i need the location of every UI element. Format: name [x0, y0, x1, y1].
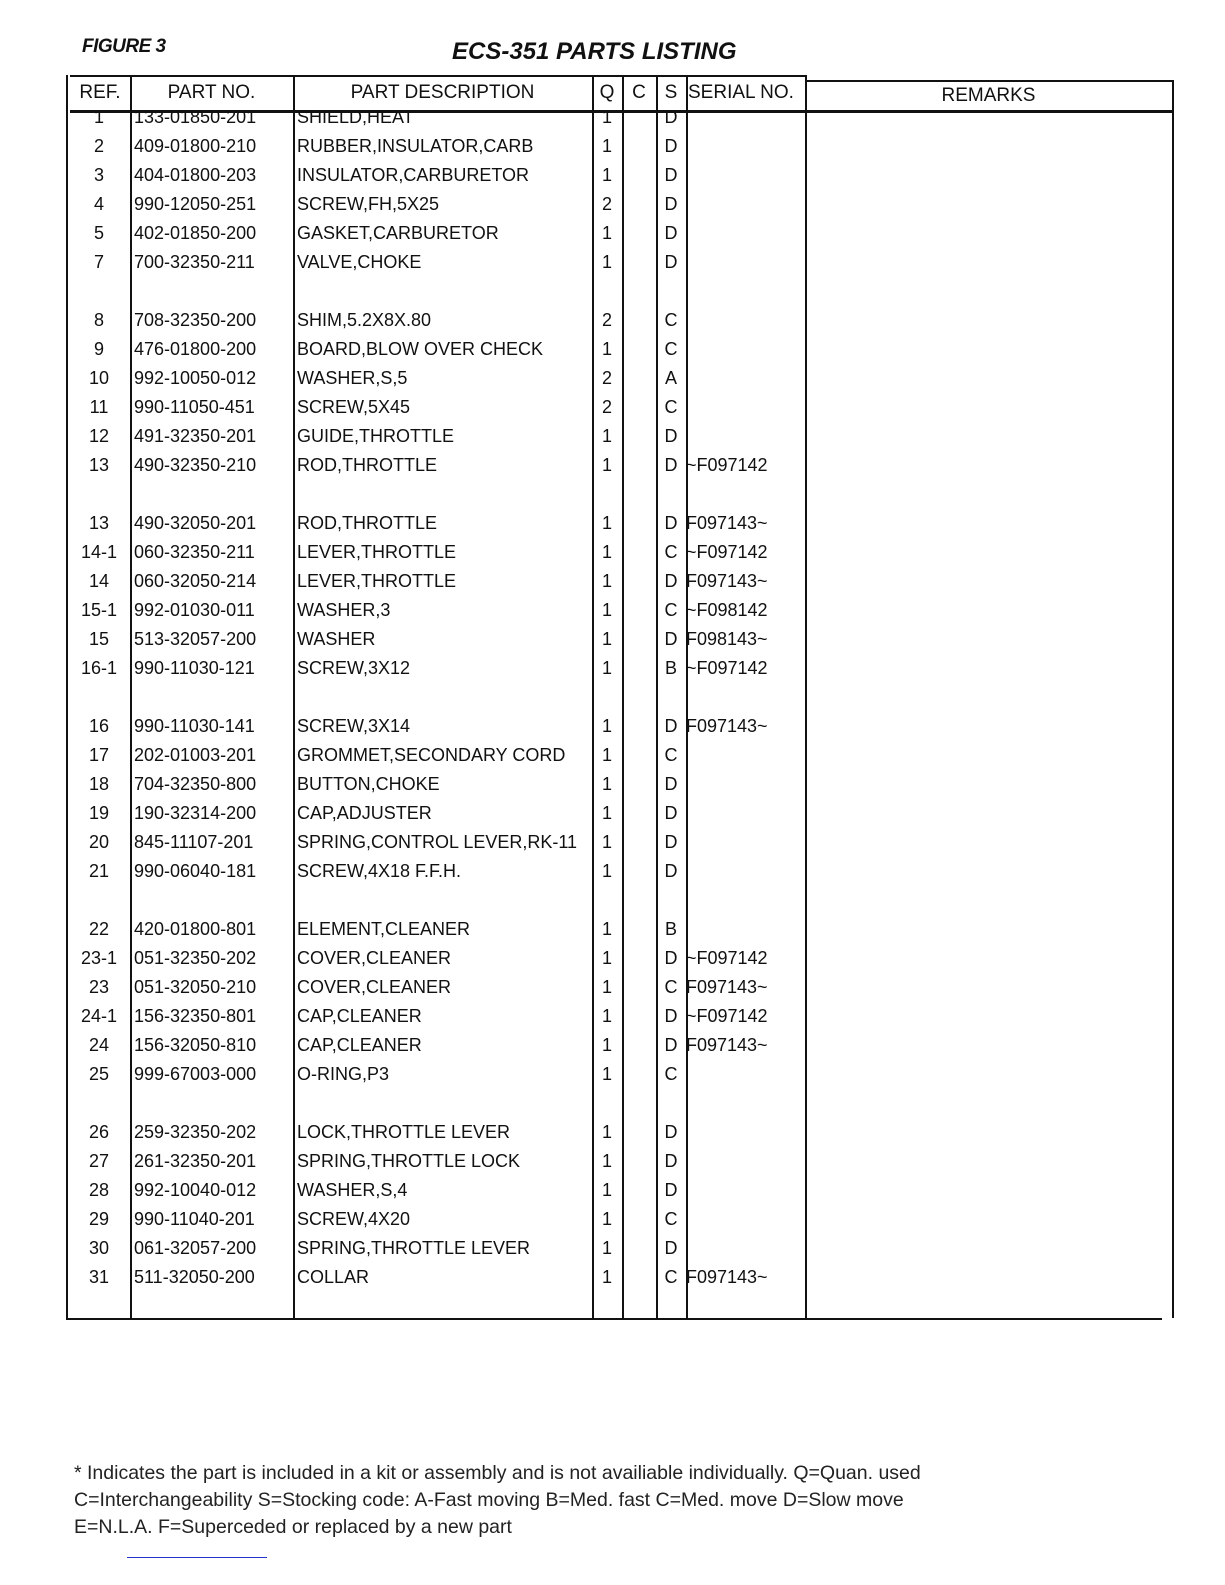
stocking-code-cell: D: [656, 452, 686, 478]
description-cell: SPRING,THROTTLE LOCK: [297, 1148, 520, 1174]
stocking-code-cell: C: [656, 539, 686, 565]
quantity-cell: 1: [592, 162, 622, 188]
description-cell: SCREW,4X18 F.F.H.: [297, 858, 461, 884]
description-cell: SCREW,3X12: [297, 655, 410, 681]
interchangeability-cell: [622, 365, 656, 391]
quantity-cell: 1: [592, 1032, 622, 1058]
quantity-cell: 2: [592, 307, 622, 333]
column-header-ref: REF.: [70, 79, 130, 107]
parts-table: REF. PART NO. PART DESCRIPTION Q C S SER…: [0, 0, 1225, 1400]
serial-number-cell: ~F098142: [686, 597, 768, 623]
stocking-code-cell: D: [656, 1235, 686, 1261]
part-number-cell: 704-32350-800: [134, 771, 256, 797]
serial-number-cell: F097143~: [686, 713, 768, 739]
stocking-code-cell: D: [656, 1177, 686, 1203]
stocking-code-cell: C: [656, 742, 686, 768]
ref-cell: 1: [68, 104, 130, 130]
part-number-cell: 476-01800-200: [134, 336, 256, 362]
serial-number-cell: ~F097142: [686, 539, 768, 565]
quantity-cell: 1: [592, 655, 622, 681]
ref-cell: 15: [68, 626, 130, 652]
ref-cell: 23-1: [68, 945, 130, 971]
description-cell: RUBBER,INSULATOR,CARB: [297, 133, 533, 159]
column-header-part-no: PART NO.: [130, 79, 293, 107]
interchangeability-cell: [622, 655, 656, 681]
quantity-cell: 1: [592, 1119, 622, 1145]
quantity-cell: 1: [592, 626, 622, 652]
description-cell: SCREW,4X20: [297, 1206, 410, 1232]
quantity-cell: 1: [592, 1177, 622, 1203]
quantity-cell: 1: [592, 539, 622, 565]
interchangeability-cell: [622, 568, 656, 594]
description-cell: ROD,THROTTLE: [297, 452, 437, 478]
interchangeability-cell: [622, 742, 656, 768]
stocking-code-cell: D: [656, 858, 686, 884]
part-number-cell: 060-32350-211: [134, 539, 255, 565]
ref-cell: 31: [68, 1264, 130, 1290]
description-cell: SCREW,FH,5X25: [297, 191, 439, 217]
description-cell: CAP,CLEANER: [297, 1032, 422, 1058]
interchangeability-cell: [622, 858, 656, 884]
description-cell: COLLAR: [297, 1264, 369, 1290]
part-number-cell: 051-32350-202: [134, 945, 256, 971]
part-number-cell: 708-32350-200: [134, 307, 256, 333]
stocking-code-cell: C: [656, 307, 686, 333]
stocking-code-cell: A: [656, 365, 686, 391]
description-cell: INSULATOR,CARBURETOR: [297, 162, 529, 188]
quantity-cell: 1: [592, 336, 622, 362]
quantity-cell: 1: [592, 1264, 622, 1290]
interchangeability-cell: [622, 1206, 656, 1232]
part-number-cell: 513-32057-200: [134, 626, 256, 652]
part-number-cell: 990-11040-201: [134, 1206, 255, 1232]
quantity-cell: 1: [592, 1061, 622, 1087]
column-header-remarks: REMARKS: [805, 82, 1172, 110]
ref-cell: 20: [68, 829, 130, 855]
description-cell: BUTTON,CHOKE: [297, 771, 440, 797]
column-header-s: S: [656, 79, 686, 107]
part-number-cell: 156-32350-801: [134, 1003, 256, 1029]
ref-cell: 16-1: [68, 655, 130, 681]
footnote-line-1: * Indicates the part is included in a ki…: [74, 1460, 1124, 1487]
serial-number-cell: F097143~: [686, 568, 768, 594]
interchangeability-cell: [622, 307, 656, 333]
ref-cell: 28: [68, 1177, 130, 1203]
quantity-cell: 1: [592, 220, 622, 246]
description-cell: LEVER,THROTTLE: [297, 568, 456, 594]
ref-cell: 14-1: [68, 539, 130, 565]
part-number-cell: 133-01850-201: [134, 104, 256, 130]
interchangeability-cell: [622, 1032, 656, 1058]
interchangeability-cell: [622, 539, 656, 565]
ref-cell: 17: [68, 742, 130, 768]
interchangeability-cell: [622, 1177, 656, 1203]
ref-cell: 23: [68, 974, 130, 1000]
interchangeability-cell: [622, 249, 656, 275]
quantity-cell: 1: [592, 742, 622, 768]
description-cell: GUIDE,THROTTLE: [297, 423, 454, 449]
description-cell: SHIELD,HEAT: [297, 104, 414, 130]
quantity-cell: 1: [592, 713, 622, 739]
quantity-cell: 1: [592, 452, 622, 478]
part-number-cell: 990-11030-141: [134, 713, 255, 739]
column-header-q: Q: [592, 79, 622, 107]
stocking-code-cell: C: [656, 394, 686, 420]
description-cell: LOCK,THROTTLE LEVER: [297, 1119, 510, 1145]
interchangeability-cell: [622, 1264, 656, 1290]
stocking-code-cell: D: [656, 713, 686, 739]
interchangeability-cell: [622, 597, 656, 623]
interchangeability-cell: [622, 394, 656, 420]
stocking-code-cell: C: [656, 974, 686, 1000]
description-cell: VALVE,CHOKE: [297, 249, 421, 275]
stocking-code-cell: D: [656, 133, 686, 159]
description-cell: SPRING,CONTROL LEVER,RK-11: [297, 829, 577, 855]
interchangeability-cell: [622, 626, 656, 652]
table-top-border: [70, 75, 806, 77]
column-divider: [1172, 80, 1174, 1318]
ref-cell: 30: [68, 1235, 130, 1261]
stocking-code-cell: C: [656, 1206, 686, 1232]
ref-cell: 3: [68, 162, 130, 188]
interchangeability-cell: [622, 191, 656, 217]
table-bottom-border: [66, 1318, 1162, 1320]
description-cell: CAP,CLEANER: [297, 1003, 422, 1029]
part-number-cell: 404-01800-203: [134, 162, 256, 188]
quantity-cell: 1: [592, 1235, 622, 1261]
remarks-top-border: [805, 80, 1173, 82]
ref-cell: 12: [68, 423, 130, 449]
part-number-cell: 992-01030-011: [134, 597, 255, 623]
interchangeability-cell: [622, 104, 656, 130]
link-underline[interactable]: [127, 1557, 267, 1558]
stocking-code-cell: D: [656, 162, 686, 188]
quantity-cell: 1: [592, 829, 622, 855]
stocking-code-cell: D: [656, 423, 686, 449]
interchangeability-cell: [622, 452, 656, 478]
stocking-code-cell: D: [656, 568, 686, 594]
interchangeability-cell: [622, 829, 656, 855]
description-cell: BOARD,BLOW OVER CHECK: [297, 336, 543, 362]
interchangeability-cell: [622, 800, 656, 826]
description-cell: ELEMENT,CLEANER: [297, 916, 470, 942]
part-number-cell: 490-32350-210: [134, 452, 256, 478]
description-cell: SPRING,THROTTLE LEVER: [297, 1235, 530, 1261]
stocking-code-cell: B: [656, 655, 686, 681]
ref-cell: 7: [68, 249, 130, 275]
stocking-code-cell: D: [656, 771, 686, 797]
stocking-code-cell: C: [656, 1061, 686, 1087]
column-header-description: PART DESCRIPTION: [293, 79, 592, 107]
stocking-code-cell: D: [656, 249, 686, 275]
ref-cell: 13: [68, 510, 130, 536]
part-number-cell: 491-32350-201: [134, 423, 256, 449]
part-number-cell: 261-32350-201: [134, 1148, 256, 1174]
description-cell: SCREW,5X45: [297, 394, 410, 420]
part-number-cell: 202-01003-201: [134, 742, 256, 768]
part-number-cell: 420-01800-801: [134, 916, 256, 942]
quantity-cell: 1: [592, 423, 622, 449]
interchangeability-cell: [622, 916, 656, 942]
quantity-cell: 1: [592, 800, 622, 826]
ref-cell: 25: [68, 1061, 130, 1087]
serial-number-cell: ~F097142: [686, 655, 768, 681]
quantity-cell: 1: [592, 945, 622, 971]
part-number-cell: 700-32350-211: [134, 249, 255, 275]
interchangeability-cell: [622, 1119, 656, 1145]
ref-cell: 13: [68, 452, 130, 478]
interchangeability-cell: [622, 713, 656, 739]
stocking-code-cell: B: [656, 916, 686, 942]
stocking-code-cell: C: [656, 1264, 686, 1290]
footnote-line-2: C=Interchangeability S=Stocking code: A-…: [74, 1487, 1124, 1514]
part-number-cell: 999-67003-000: [134, 1061, 256, 1087]
ref-cell: 15-1: [68, 597, 130, 623]
part-number-cell: 511-32050-200: [134, 1264, 255, 1290]
stocking-code-cell: D: [656, 104, 686, 130]
ref-cell: 5: [68, 220, 130, 246]
part-number-cell: 061-32057-200: [134, 1235, 256, 1261]
quantity-cell: 2: [592, 191, 622, 217]
quantity-cell: 2: [592, 365, 622, 391]
quantity-cell: 1: [592, 916, 622, 942]
quantity-cell: 1: [592, 1003, 622, 1029]
ref-cell: 18: [68, 771, 130, 797]
ref-cell: 19: [68, 800, 130, 826]
description-cell: GROMMET,SECONDARY CORD: [297, 742, 565, 768]
description-cell: SHIM,5.2X8X.80: [297, 307, 431, 333]
column-header-c: C: [622, 79, 656, 107]
description-cell: WASHER: [297, 626, 375, 652]
serial-number-cell: F097143~: [686, 1264, 768, 1290]
interchangeability-cell: [622, 133, 656, 159]
quantity-cell: 1: [592, 1206, 622, 1232]
quantity-cell: 1: [592, 104, 622, 130]
quantity-cell: 1: [592, 133, 622, 159]
description-cell: ROD,THROTTLE: [297, 510, 437, 536]
part-number-cell: 051-32050-210: [134, 974, 256, 1000]
ref-cell: 16: [68, 713, 130, 739]
description-cell: WASHER,S,5: [297, 365, 407, 391]
ref-cell: 2: [68, 133, 130, 159]
interchangeability-cell: [622, 974, 656, 1000]
column-divider: [130, 75, 132, 1318]
description-cell: WASHER,3: [297, 597, 390, 623]
quantity-cell: 1: [592, 510, 622, 536]
ref-cell: 24: [68, 1032, 130, 1058]
part-number-cell: 990-11050-451: [134, 394, 255, 420]
stocking-code-cell: D: [656, 1148, 686, 1174]
column-divider: [293, 75, 295, 1318]
serial-number-cell: F097143~: [686, 974, 768, 1000]
description-cell: GASKET,CARBURETOR: [297, 220, 499, 246]
quantity-cell: 2: [592, 394, 622, 420]
serial-number-cell: F097143~: [686, 1032, 768, 1058]
stocking-code-cell: D: [656, 191, 686, 217]
quantity-cell: 1: [592, 1148, 622, 1174]
ref-cell: 4: [68, 191, 130, 217]
part-number-cell: 156-32050-810: [134, 1032, 256, 1058]
ref-cell: 29: [68, 1206, 130, 1232]
ref-cell: 21: [68, 858, 130, 884]
part-number-cell: 990-12050-251: [134, 191, 256, 217]
footnote: * Indicates the part is included in a ki…: [74, 1460, 1124, 1541]
part-number-cell: 845-11107-201: [134, 829, 253, 855]
column-header-serial-no: SERIAL NO.: [686, 79, 807, 107]
serial-number-cell: ~F097142: [686, 945, 768, 971]
stocking-code-cell: D: [656, 510, 686, 536]
serial-number-cell: ~F097142: [686, 1003, 768, 1029]
stocking-code-cell: C: [656, 336, 686, 362]
stocking-code-cell: D: [656, 220, 686, 246]
interchangeability-cell: [622, 510, 656, 536]
quantity-cell: 1: [592, 568, 622, 594]
interchangeability-cell: [622, 1003, 656, 1029]
stocking-code-cell: D: [656, 1003, 686, 1029]
part-number-cell: 409-01800-210: [134, 133, 256, 159]
description-cell: LEVER,THROTTLE: [297, 539, 456, 565]
interchangeability-cell: [622, 162, 656, 188]
stocking-code-cell: D: [656, 626, 686, 652]
description-cell: SCREW,3X14: [297, 713, 410, 739]
quantity-cell: 1: [592, 249, 622, 275]
interchangeability-cell: [622, 336, 656, 362]
column-divider: [805, 75, 807, 1318]
description-cell: COVER,CLEANER: [297, 945, 451, 971]
ref-cell: 9: [68, 336, 130, 362]
interchangeability-cell: [622, 1148, 656, 1174]
serial-number-cell: F097143~: [686, 510, 768, 536]
interchangeability-cell: [622, 945, 656, 971]
part-number-cell: 259-32350-202: [134, 1119, 256, 1145]
serial-number-cell: F098143~: [686, 626, 768, 652]
quantity-cell: 1: [592, 771, 622, 797]
column-divider: [686, 75, 688, 1318]
interchangeability-cell: [622, 771, 656, 797]
quantity-cell: 1: [592, 974, 622, 1000]
ref-cell: 14: [68, 568, 130, 594]
part-number-cell: 990-06040-181: [134, 858, 256, 884]
stocking-code-cell: D: [656, 1032, 686, 1058]
ref-cell: 11: [68, 394, 130, 420]
description-cell: COVER,CLEANER: [297, 974, 451, 1000]
part-number-cell: 992-10040-012: [134, 1177, 256, 1203]
ref-cell: 24-1: [68, 1003, 130, 1029]
serial-number-cell: ~F097142: [686, 452, 768, 478]
ref-cell: 26: [68, 1119, 130, 1145]
interchangeability-cell: [622, 1061, 656, 1087]
part-number-cell: 992-10050-012: [134, 365, 256, 391]
ref-cell: 27: [68, 1148, 130, 1174]
description-cell: O-RING,P3: [297, 1061, 389, 1087]
stocking-code-cell: D: [656, 1119, 686, 1145]
stocking-code-cell: D: [656, 800, 686, 826]
interchangeability-cell: [622, 220, 656, 246]
interchangeability-cell: [622, 1235, 656, 1261]
part-number-cell: 990-11030-121: [134, 655, 255, 681]
footnote-line-3: E=N.L.A. F=Superceded or replaced by a n…: [74, 1514, 1124, 1541]
stocking-code-cell: D: [656, 945, 686, 971]
interchangeability-cell: [622, 423, 656, 449]
ref-cell: 22: [68, 916, 130, 942]
stocking-code-cell: D: [656, 829, 686, 855]
description-cell: WASHER,S,4: [297, 1177, 407, 1203]
description-cell: CAP,ADJUSTER: [297, 800, 432, 826]
part-number-cell: 190-32314-200: [134, 800, 256, 826]
ref-cell: 8: [68, 307, 130, 333]
stocking-code-cell: C: [656, 597, 686, 623]
part-number-cell: 060-32050-214: [134, 568, 256, 594]
quantity-cell: 1: [592, 858, 622, 884]
part-number-cell: 490-32050-201: [134, 510, 256, 536]
quantity-cell: 1: [592, 597, 622, 623]
ref-cell: 10: [68, 365, 130, 391]
part-number-cell: 402-01850-200: [134, 220, 256, 246]
